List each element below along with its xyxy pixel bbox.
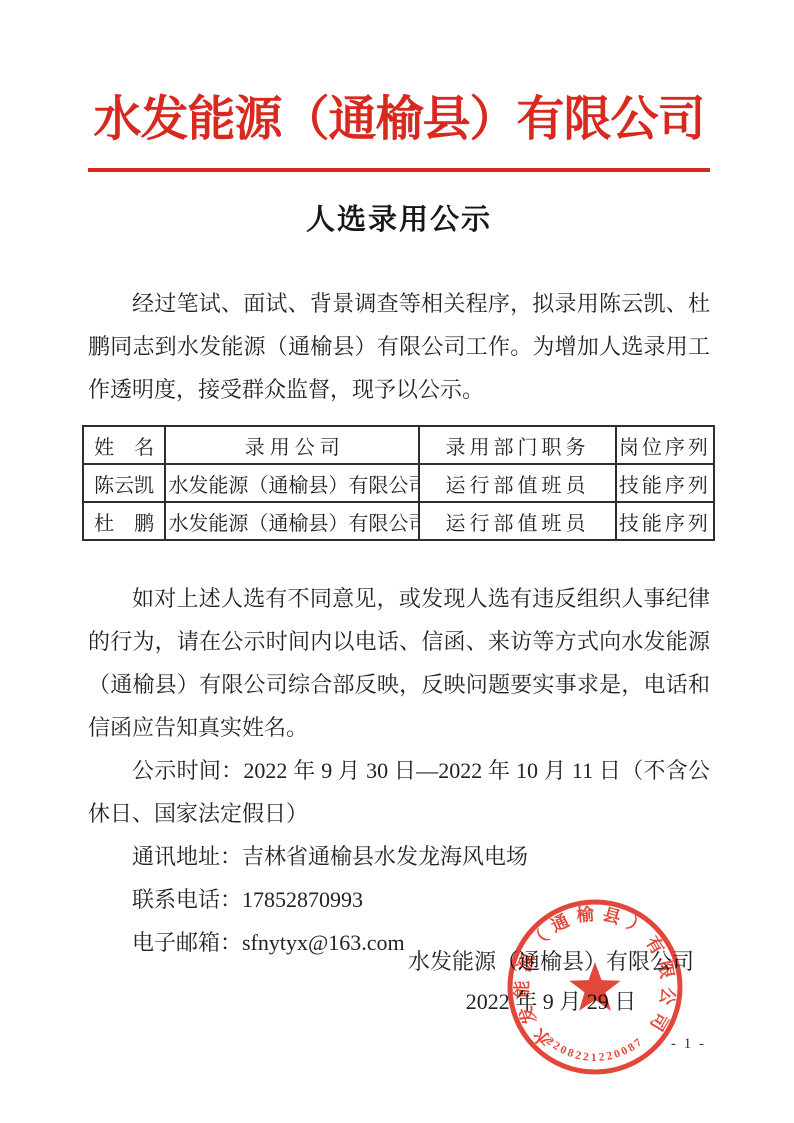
cell-serial: 技能序列 (616, 464, 714, 502)
page-number: - 1 - (88, 1036, 710, 1052)
col-header-company: 录 用 公 司 (165, 426, 419, 464)
col-header-department: 录用部门职务 (419, 426, 616, 464)
address-line: 通讯地址：吉林省通榆县水发龙海风电场 (88, 835, 710, 878)
cell-department: 运行部值班员 (419, 464, 616, 502)
col-header-serial: 岗位序列 (616, 426, 714, 464)
candidates-table: 姓 名 录 用 公 司 录用部门职务 岗位序列 陈云凯 水发能源（通榆县）有限公… (82, 425, 715, 541)
company-title: 水发能源（通榆县）有限公司 (88, 90, 710, 150)
objection-paragraph: 如对上述人选有不同意见，或发现人选有违反组织人事纪律的行为，请在公示时间内以电话… (88, 577, 710, 749)
signature-date: 2022 年 9 月 29 日 (408, 982, 694, 1022)
title-divider (88, 168, 710, 172)
cell-serial: 技能序列 (616, 502, 714, 540)
cell-name: 陈云凯 (83, 464, 165, 502)
cell-name: 杜 鹏 (83, 502, 165, 540)
signature-block: 水发能源（通榆县）有限公司 2022 年 9 月 29 日 (408, 942, 694, 1022)
doc-title: 人选录用公示 (88, 202, 710, 238)
table-header-row: 姓 名 录 用 公 司 录用部门职务 岗位序列 (83, 426, 714, 464)
table-row: 杜 鹏 水发能源（通榆县）有限公司 运行部值班员 技能序列 (83, 502, 714, 540)
intro-paragraph: 经过笔试、面试、背景调查等相关程序，拟录用陈云凯、杜鹏同志到水发能源（通榆县）有… (88, 282, 710, 411)
announcement-page: 水发能源（通榆县）有限公司 人选录用公示 经过笔试、面试、背景调查等相关程序，拟… (0, 0, 794, 1123)
notice-period-line: 公示时间：2022 年 9 月 30 日—2022 年 10 月 11 日（不含… (88, 749, 710, 835)
col-header-name: 姓 名 (83, 426, 165, 464)
signature-company: 水发能源（通榆县）有限公司 (408, 942, 694, 982)
cell-company: 水发能源（通榆县）有限公司 (165, 502, 419, 540)
phone-line: 联系电话：17852870993 (88, 878, 710, 921)
table-row: 陈云凯 水发能源（通榆县）有限公司 运行部值班员 技能序列 (83, 464, 714, 502)
cell-company: 水发能源（通榆县）有限公司 (165, 464, 419, 502)
cell-department: 运行部值班员 (419, 502, 616, 540)
